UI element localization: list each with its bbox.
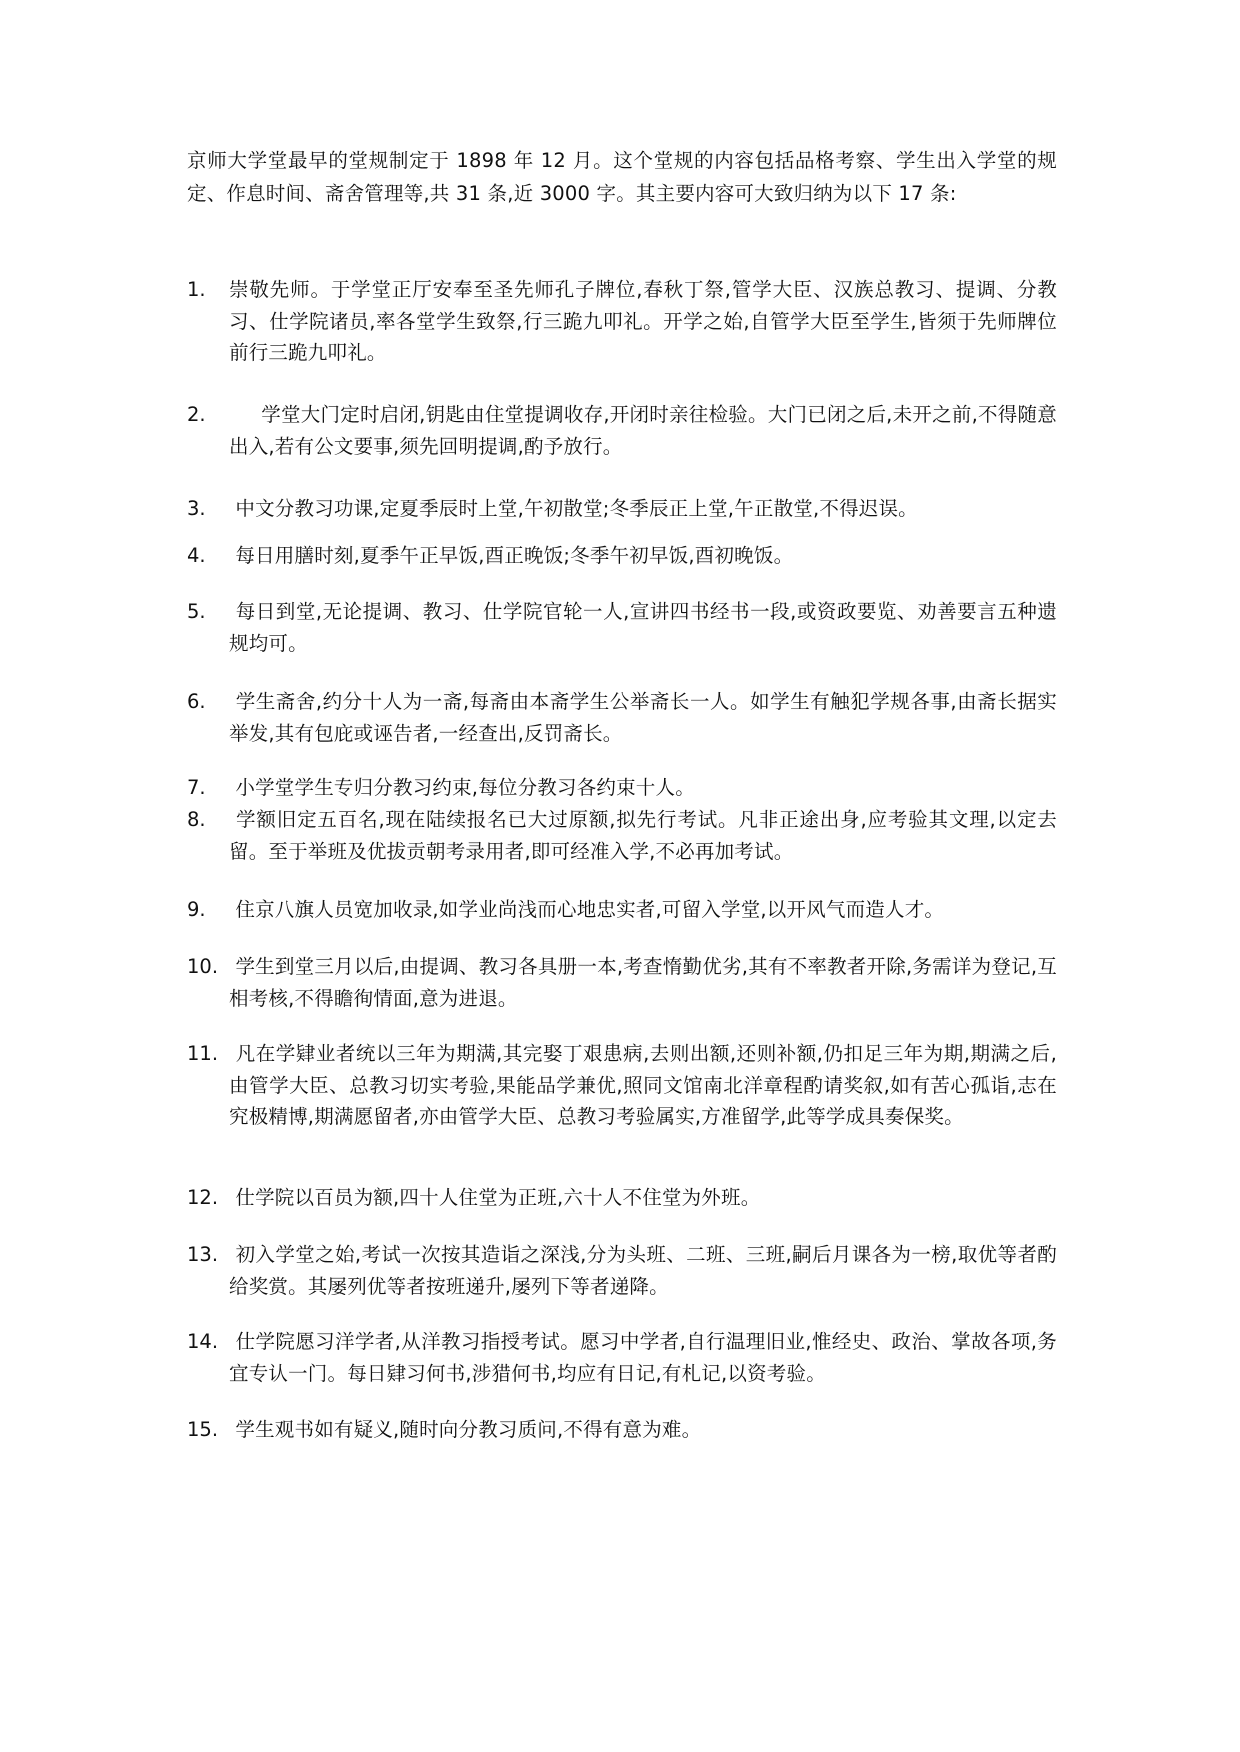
- item-text: 学生到堂三月以后,由提调、教习各具册一本,考查惰勤优劣,其有不率教者开除,务需详…: [229, 951, 1057, 1014]
- item-number: 5.: [187, 596, 229, 628]
- item-text: 仕学院以百员为额,四十人住堂为正班,六十人不住堂为外班。: [229, 1182, 1057, 1214]
- list-item: 2. 学堂大门定时启闭,钥匙由住堂提调收存,开闭时亲往检验。大门已闭之后,未开之…: [187, 399, 1057, 462]
- item-number: 15.: [187, 1414, 229, 1446]
- list-item: 3. 中文分教习功课,定夏季辰时上堂,午初散堂;冬季辰正上堂,午正散堂,不得迟误…: [187, 493, 1057, 525]
- document-page: 京师大学堂最早的堂规制定于 1898 年 12 月。这个堂规的内容包括品格考察、…: [187, 144, 1057, 210]
- item-number: 3.: [187, 493, 229, 525]
- item-number: 7.: [187, 772, 229, 804]
- item-text: 学生斋舍,约分十人为一斋,每斋由本斋学生公举斋长一人。如学生有触犯学规各事,由斋…: [229, 686, 1057, 749]
- item-number: 2.: [187, 399, 229, 431]
- list-item: 4. 每日用膳时刻,夏季午正早饭,酉正晚饭;冬季午初早饭,酉初晚饭。: [187, 540, 1057, 572]
- list-item: 15. 学生观书如有疑义,随时向分教习质问,不得有意为难。: [187, 1414, 1057, 1446]
- item-number: 1.: [187, 274, 229, 306]
- item-text: 每日到堂,无论提调、教习、仕学院官轮一人,宣讲四书经书一段,或资政要览、劝善要言…: [229, 596, 1057, 659]
- list-item: 5. 每日到堂,无论提调、教习、仕学院官轮一人,宣讲四书经书一段,或资政要览、劝…: [187, 596, 1057, 659]
- item-text: 崇敬先师。于学堂正厅安奉至圣先师孔子牌位,春秋丁祭,管学大臣、汉族总教习、提调、…: [229, 274, 1057, 369]
- list-item: 8. 学额旧定五百名,现在陆续报名已大过原额,拟先行考试。凡非正途出身,应考验其…: [187, 804, 1057, 867]
- list-item: 9. 住京八旗人员宽加收录,如学业尚浅而心地忠实者,可留入学堂,以开风气而造人才…: [187, 894, 1057, 926]
- item-text: 小学堂学生专归分教习约束,每位分教习各约束十人。: [229, 772, 1057, 804]
- item-number: 10.: [187, 951, 229, 983]
- item-text: 学堂大门定时启闭,钥匙由住堂提调收存,开闭时亲往检验。大门已闭之后,未开之前,不…: [229, 399, 1057, 462]
- list-item: 7. 小学堂学生专归分教习约束,每位分教习各约束十人。: [187, 772, 1057, 804]
- list-item: 14. 仕学院愿习洋学者,从洋教习指授考试。愿习中学者,自行温理旧业,惟经史、政…: [187, 1326, 1057, 1389]
- item-number: 9.: [187, 894, 229, 926]
- list-item: 10. 学生到堂三月以后,由提调、教习各具册一本,考查惰勤优劣,其有不率教者开除…: [187, 951, 1057, 1014]
- item-text: 中文分教习功课,定夏季辰时上堂,午初散堂;冬季辰正上堂,午正散堂,不得迟误。: [229, 493, 1057, 525]
- item-text: 学额旧定五百名,现在陆续报名已大过原额,拟先行考试。凡非正途出身,应考验其文理,…: [229, 804, 1057, 867]
- list-item: 12. 仕学院以百员为额,四十人住堂为正班,六十人不住堂为外班。: [187, 1182, 1057, 1214]
- item-number: 11.: [187, 1038, 229, 1070]
- item-number: 14.: [187, 1326, 229, 1358]
- item-text: 凡在学肄业者统以三年为期满,其完娶丁艰患病,去则出额,还则补额,仍扣足三年为期,…: [229, 1038, 1057, 1133]
- list-item: 1. 崇敬先师。于学堂正厅安奉至圣先师孔子牌位,春秋丁祭,管学大臣、汉族总教习、…: [187, 274, 1057, 369]
- item-text: 学生观书如有疑义,随时向分教习质问,不得有意为难。: [229, 1414, 1057, 1446]
- item-number: 8.: [187, 804, 229, 836]
- list-item: 6. 学生斋舍,约分十人为一斋,每斋由本斋学生公举斋长一人。如学生有触犯学规各事…: [187, 686, 1057, 749]
- item-number: 12.: [187, 1182, 229, 1214]
- list-item: 11. 凡在学肄业者统以三年为期满,其完娶丁艰患病,去则出额,还则补额,仍扣足三…: [187, 1038, 1057, 1133]
- item-text: 仕学院愿习洋学者,从洋教习指授考试。愿习中学者,自行温理旧业,惟经史、政治、掌故…: [229, 1326, 1057, 1389]
- item-text: 初入学堂之始,考试一次按其造诣之深浅,分为头班、二班、三班,嗣后月课各为一榜,取…: [229, 1239, 1057, 1302]
- item-number: 4.: [187, 540, 229, 572]
- item-text: 每日用膳时刻,夏季午正早饭,酉正晚饭;冬季午初早饭,酉初晚饭。: [229, 540, 1057, 572]
- intro-paragraph: 京师大学堂最早的堂规制定于 1898 年 12 月。这个堂规的内容包括品格考察、…: [187, 144, 1057, 210]
- list-item: 13. 初入学堂之始,考试一次按其造诣之深浅,分为头班、二班、三班,嗣后月课各为…: [187, 1239, 1057, 1302]
- item-number: 6.: [187, 686, 229, 718]
- item-text: 住京八旗人员宽加收录,如学业尚浅而心地忠实者,可留入学堂,以开风气而造人才。: [229, 894, 1057, 926]
- item-number: 13.: [187, 1239, 229, 1271]
